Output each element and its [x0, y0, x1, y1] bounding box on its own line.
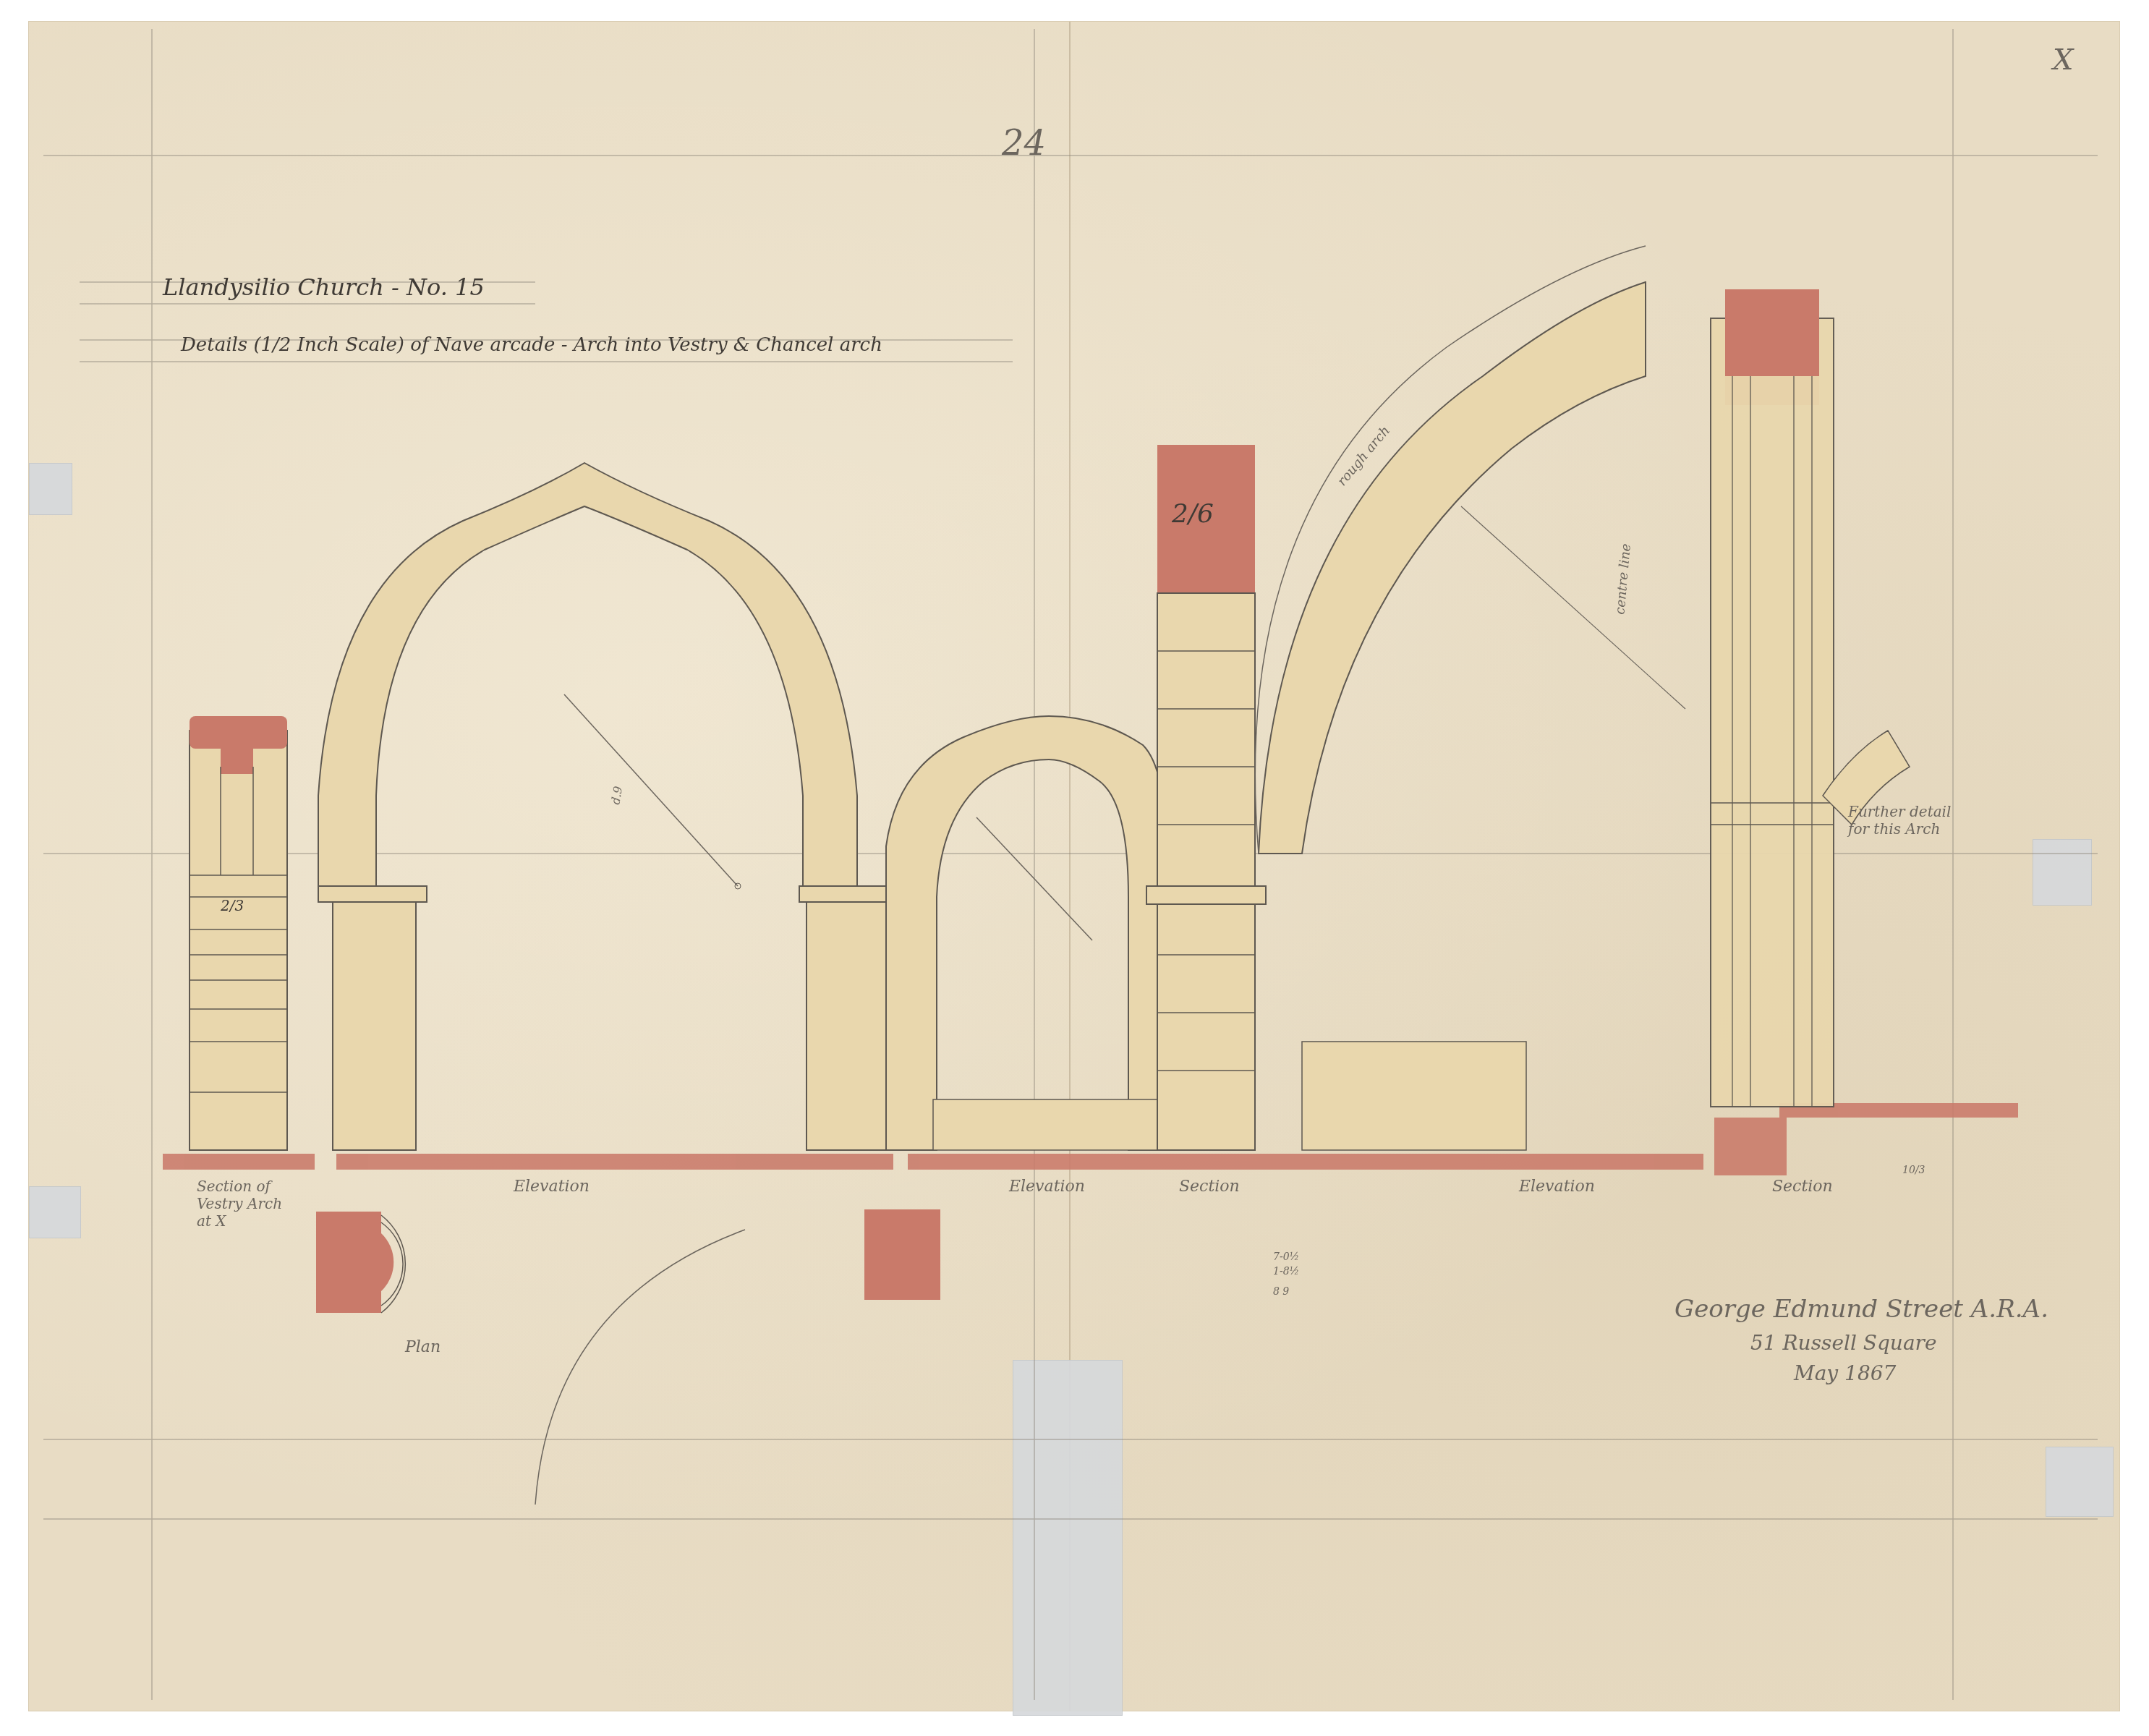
pencil-calc-2: 1-8½: [1273, 1266, 1299, 1277]
signature-date: May 1867: [1794, 1361, 1896, 1385]
chancel-arch-elevation: [1255, 246, 1685, 1150]
label-vestry-section: Section of Vestry Arch at X: [197, 1178, 298, 1230]
label-elevation-1: Elevation: [514, 1178, 590, 1196]
architectural-drawing: [0, 0, 2149, 1736]
signature-name: George Edmund Street A.R.A.: [1674, 1295, 2048, 1324]
vestry-dimension: 2/3: [221, 897, 244, 914]
plan-details: [316, 1209, 940, 1313]
note-further-detail: Further detail for this Arch: [1848, 803, 1957, 838]
sheet-mark: X: [2053, 43, 2073, 77]
vestry-section-pier: [190, 716, 287, 1150]
chancel-column-section: [1711, 289, 1910, 1107]
label-section-2: Section: [1772, 1178, 1833, 1196]
pier-dimension: 2/6: [1172, 499, 1214, 529]
vestry-arch-elevation: [886, 716, 1166, 1150]
folio-mark: 24: [1002, 123, 1046, 163]
central-pier-section: [1146, 445, 1266, 1150]
label-plan: Plan: [405, 1338, 441, 1356]
nave-arcade-arch: [318, 463, 904, 1150]
pencil-calc-1: 7-0½: [1273, 1251, 1299, 1263]
label-elevation-3: Elevation: [1519, 1178, 1595, 1196]
drawing-title: Llandysilio Church - No. 15: [163, 273, 485, 301]
base-note: 10/3: [1902, 1165, 1925, 1176]
label-section-1: Section: [1179, 1178, 1240, 1196]
drawing-subtitle: Details (1/2 Inch Scale) of Nave arcade …: [181, 334, 882, 356]
plan-arc-line: [535, 1230, 745, 1505]
signature-address: 51 Russell Square: [1750, 1331, 1937, 1355]
label-elevation-2: Elevation: [1009, 1178, 1085, 1196]
pencil-calc-3: 8 9: [1273, 1286, 1289, 1298]
